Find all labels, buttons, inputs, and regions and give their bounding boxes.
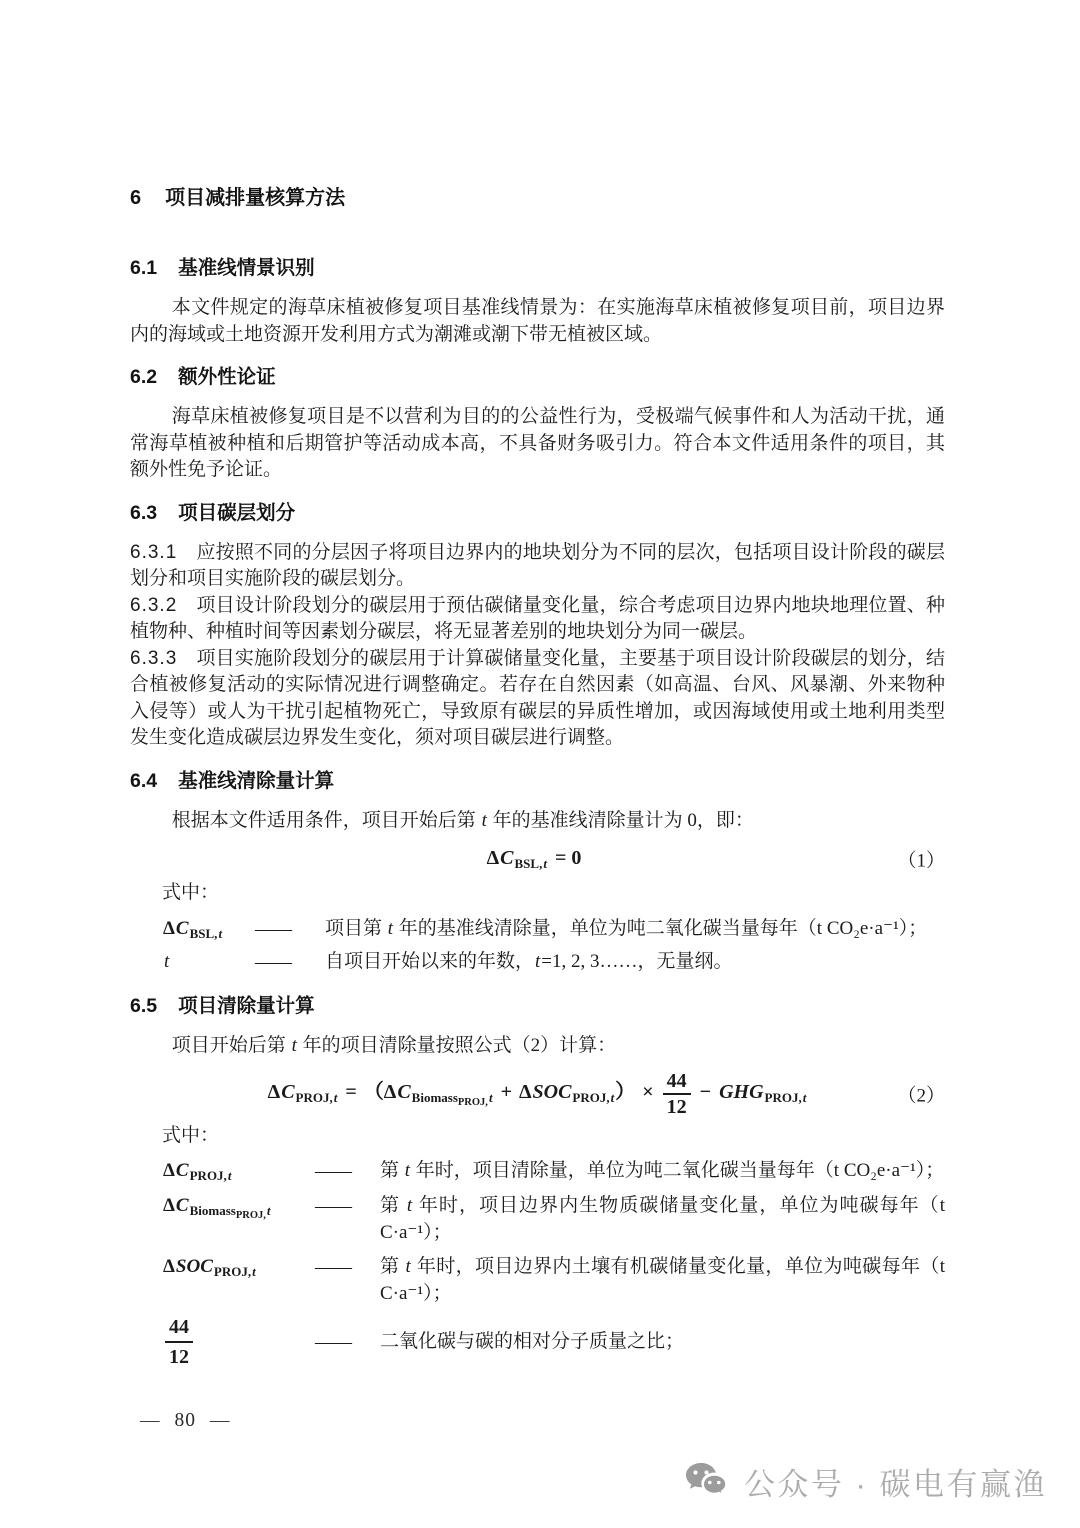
document-page: 6项目减排量核算方法 6.1基准线情景识别 本文件规定的海草床植被修复项目基准线… [0,0,1080,1528]
clause-number: 6.3.1 [130,542,177,563]
fraction-numerator: 44 [165,1314,193,1343]
section-number: 6.5 [130,995,157,1017]
variable-SOC: SOC [532,1081,573,1103]
section-title: 项目清除量计算 [178,995,315,1017]
symbol-description: 自项目开始以来的年数，t=1, 2, 3……，无量纲。 [325,947,945,977]
variable-C: C [175,1195,190,1216]
variable-SOC: SOC [175,1256,214,1277]
symbol-definition-row: 4412 —— 二氧化碳与碳的相对分子质量之比； [130,1314,945,1370]
variable-t: t [404,1160,411,1181]
equation-number-1: （1） [897,845,945,872]
description-text: 第 [380,1160,404,1181]
subscript: PROJ, [572,1090,609,1105]
section-title: 额外性论证 [178,366,276,388]
variable-C: C [396,1081,411,1103]
clause-text: 项目设计阶段划分的碳层用于预估碳储量变化量，综合考虑项目边界内地块地理位置、种植… [130,595,945,643]
paragraph-text: 年的基准线清除量计为 0，即： [488,810,754,831]
clause-6-3-2: 6.3.2项目设计阶段划分的碳层用于预估碳储量变化量，综合考虑项目边界内地块地理… [130,593,945,646]
paragraph-6-2: 海草床植被修复项目是不以营利为目的的公益性行为，受极端气候事件和人为活动干扰，通… [130,404,945,484]
plus-sign: + [501,1081,512,1103]
footer-page-number: 80 [175,1410,197,1431]
sub-subscript: PROJ, [236,1210,266,1221]
symbol-definition-row: t —— 自项目开始以来的年数，t=1, 2, 3……，无量纲。 [130,947,945,977]
subscript-t: t [251,1264,257,1279]
page-number: —80— [140,1410,231,1432]
symbol-t: t [163,947,255,977]
definition-dash: —— [315,1253,380,1307]
subscript: BSL, [190,926,218,941]
paragraph-text: 年的项目清除量按照公式（2）计算： [298,1035,616,1056]
description-text: 第 [380,1256,404,1277]
equation-number-2: （2） [897,1080,945,1107]
description-text: =1, 2, 3……，无量纲。 [541,951,732,972]
paragraph-text: 根据本文件适用条件，项目开始后第 [172,810,481,831]
minus-sign: − [700,1081,711,1103]
subscript-t: t [802,1090,808,1105]
section-title: 基准线清除量计算 [178,770,334,792]
symbol-description: 第 t 年时，项目边界内生物质碳储量变化量，单位为吨碳每年（t C·a⁻¹）； [380,1192,945,1246]
variable-C: C [175,918,190,939]
subscript-t: t [542,856,548,871]
variable-C: C [175,1160,190,1181]
delta: Δ [163,918,175,939]
definition-dash: —— [315,1157,380,1185]
subscript-t: t [227,1168,233,1183]
fraction-denominator: 12 [663,1095,691,1118]
symbol-description: 二氧化碳与碳的相对分子质量之比； [380,1328,945,1355]
symbol-definition-row: ΔCPROJ,t —— 第 t 年时，项目清除量，单位为吨二氧化碳当量每年（t … [130,1157,945,1185]
description-text: 项目第 [325,918,387,939]
subscript: PROJ, [190,1168,227,1183]
description-text: 年时，项目边界内土壤有机碳储量变化量，单位为吨碳每年（t C·a⁻¹）； [380,1256,945,1304]
clause-number: 6.3.3 [130,648,177,669]
description-text: 第 [380,1195,406,1216]
paragraph-text: 项目开始后第 [172,1035,291,1056]
delta: Δ [163,1195,175,1216]
delta: Δ [519,1081,532,1103]
definition-dash: —— [315,1328,380,1356]
subscript: Biomass [412,1090,458,1105]
section-title: 项目碳层划分 [178,502,295,524]
equation-1: ΔCBSL,t= 0 [487,847,589,869]
section-heading-6-4: 6.4基准线清除量计算 [130,769,945,793]
chapter-title: 项目减排量核算方法 [165,187,345,209]
delta: Δ [163,1256,175,1277]
subscript: PROJ, [214,1264,251,1279]
formula-2: ΔCPROJ,t=（ΔCBiomassPROJ,t+ΔSOCPROJ,t）×44… [130,1070,945,1118]
delta: Δ [268,1081,281,1103]
variable-t: t [291,1035,298,1056]
where-label: 式中： [130,1122,945,1149]
watermark-text: 公众号 · 碳电有赢渔 [744,1459,1047,1504]
open-paren: （ [364,1081,384,1103]
equation-2: ΔCPROJ,t=（ΔCBiomassPROJ,t+ΔSOCPROJ,t）×44… [268,1081,808,1103]
subscript-t: t [333,1090,339,1105]
description-text: 年的基准线清除量，单位为吨二氧化碳当量每年（t CO₂e·a⁻¹）； [394,918,927,939]
delta: Δ [163,1160,175,1181]
subscript: PROJ, [765,1090,802,1105]
section-number: 6.4 [130,770,157,792]
symbol-description: 第 t 年时，项目清除量，单位为吨二氧化碳当量每年（t CO₂e·a⁻¹）； [380,1157,945,1185]
equation-rhs: = 0 [555,847,581,869]
symbol-delta-c-bsl: ΔCBSL,t [163,914,255,944]
footer-dash: — [140,1410,161,1431]
definition-dash: —— [315,1192,380,1246]
clause-text: 项目实施阶段划分的碳层用于计算碳储量变化量，主要基于项目设计阶段碳层的划分，结合… [130,648,945,749]
definition-dash: —— [255,947,325,977]
times-sign: × [642,1081,653,1103]
clause-6-3-1: 6.3.1应按照不同的分层因子将项目边界内的地块划分为不同的层次，包括项目设计阶… [130,540,945,593]
description-text: 自项目开始以来的年数， [325,951,534,972]
description-text: 二氧化碳与碳的相对分子质量之比； [380,1331,684,1352]
variable-GHG: GHG [718,1081,764,1103]
section-heading-6-2: 6.2额外性论证 [130,365,945,389]
paragraph-6-4: 根据本文件适用条件，项目开始后第 t 年的基准线清除量计为 0，即： [130,808,945,835]
definition-dash: —— [255,914,325,944]
chapter-number: 6 [130,187,141,209]
section-heading-6-3: 6.3项目碳层划分 [130,501,945,525]
paragraph-6-5: 项目开始后第 t 年的项目清除量按照公式（2）计算： [130,1033,945,1060]
description-text: 年时，项目边界内生物质碳储量变化量，单位为吨碳每年（t C·a⁻¹）； [380,1195,945,1243]
variable-C: C [280,1081,295,1103]
paragraph-6-1: 本文件规定的海草床植被修复项目基准线情景为：在实施海草床植被修复项目前，项目边界… [130,295,945,348]
fraction-44-12: 4412 [663,1070,691,1118]
clause-text: 应按照不同的分层因子将项目边界内的地块划分为不同的层次，包括项目设计阶段的碳层划… [130,542,945,590]
section-number: 6.1 [130,257,157,279]
description-text: 年时，项目清除量，单位为吨二氧化碳当量每年（t CO₂e·a⁻¹）； [411,1160,944,1181]
section-heading-6-5: 6.5项目清除量计算 [130,994,945,1018]
section-number: 6.2 [130,366,157,388]
variable-t: t [163,951,170,972]
symbol-definition-row: ΔCBSL,t —— 项目第 t 年的基准线清除量，单位为吨二氧化碳当量每年（t… [130,914,945,944]
symbol-definition-row: ΔSOCPROJ,t —— 第 t 年时，项目边界内土壤有机碳储量变化量，单位为… [130,1253,945,1307]
section-title: 基准线情景识别 [178,257,315,279]
fraction-numerator: 44 [663,1070,691,1095]
subscript: Biomass [190,1203,236,1218]
symbol-fraction-44-12: 4412 [163,1314,315,1370]
variable-t: t [387,918,394,939]
symbol-description: 项目第 t 年的基准线清除量，单位为吨二氧化碳当量每年（t CO₂e·a⁻¹）； [325,914,945,944]
close-paren: ） [615,1081,635,1103]
subscript-t: t [266,1203,272,1218]
variable-C: C [499,847,514,869]
document-content: 6项目减排量核算方法 6.1基准线情景识别 本文件规定的海草床植被修复项目基准线… [130,186,945,1377]
chapter-heading: 6项目减排量核算方法 [130,186,945,210]
clause-number: 6.3.2 [130,595,177,616]
section-number: 6.3 [130,502,157,524]
where-label: 式中： [130,879,945,906]
delta: Δ [487,847,500,869]
symbol-description: 第 t 年时，项目边界内土壤有机碳储量变化量，单位为吨碳每年（t C·a⁻¹）； [380,1253,945,1307]
wechat-icon [683,1461,731,1503]
symbol-delta-soc-proj: ΔSOCPROJ,t [163,1253,315,1307]
subscript: PROJ, [296,1090,333,1105]
fraction-denominator: 12 [165,1343,193,1370]
subscript-t: t [488,1090,494,1105]
equals-sign: = [345,1081,356,1103]
symbol-definition-row: ΔCBiomassPROJ,t —— 第 t 年时，项目边界内生物质碳储量变化量… [130,1192,945,1246]
section-heading-6-1: 6.1基准线情景识别 [130,256,945,280]
variable-t: t [404,1256,411,1277]
symbol-delta-c-proj: ΔCPROJ,t [163,1157,315,1185]
formula-1: ΔCBSL,t= 0 （1） [130,847,945,870]
variable-t: t [481,810,488,831]
clause-6-3-3: 6.3.3项目实施阶段划分的碳层用于计算碳储量变化量，主要基于项目设计阶段碳层的… [130,646,945,752]
subscript-t: t [217,926,223,941]
sub-subscript: PROJ, [458,1097,488,1108]
symbol-delta-c-biomass-proj: ΔCBiomassPROJ,t [163,1192,315,1246]
delta: Δ [384,1081,397,1103]
footer-dash: — [210,1410,231,1431]
subscript: BSL, [515,856,543,871]
watermark: 公众号 · 碳电有赢渔 [683,1459,1047,1504]
